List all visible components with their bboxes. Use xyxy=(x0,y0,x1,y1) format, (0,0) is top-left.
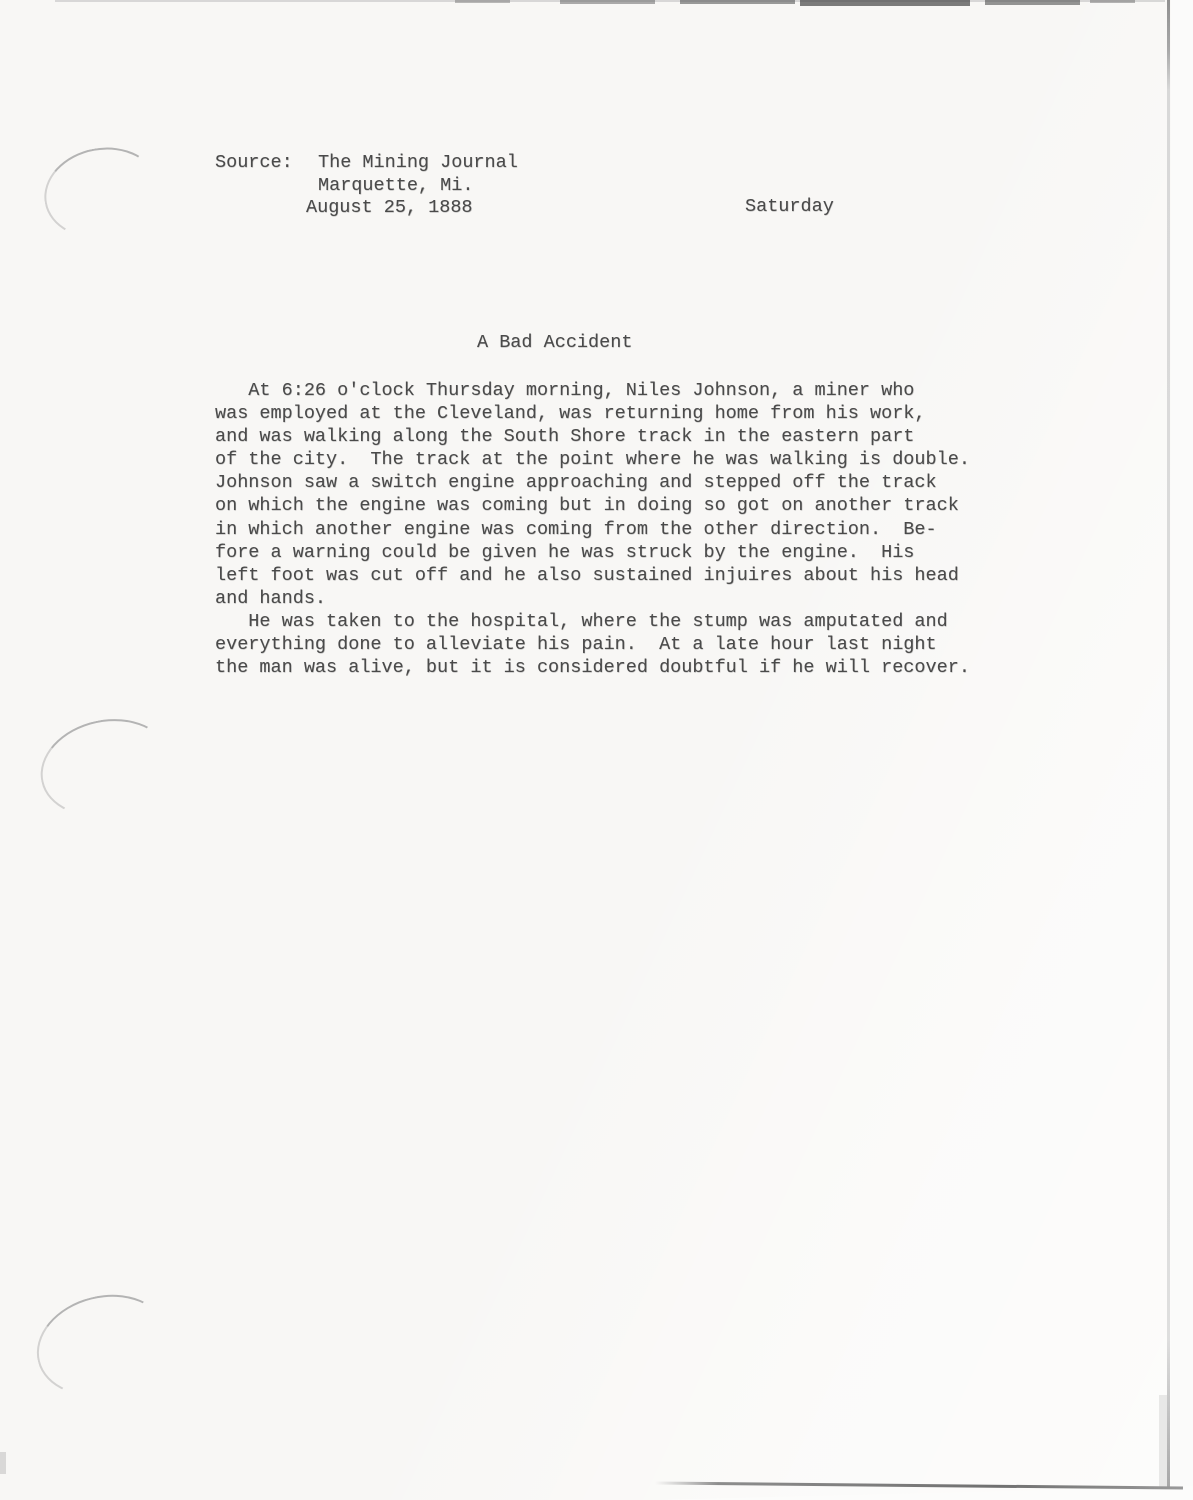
page-right-edge xyxy=(1167,0,1170,1500)
punch-hole-shadow xyxy=(31,707,180,828)
top-edge-artifact xyxy=(800,0,970,6)
punch-hole-shadow xyxy=(26,1281,180,1409)
top-edge-artifact xyxy=(680,0,795,4)
scanned-document-page: Source: The Mining Journal Marquette, Mi… xyxy=(0,0,1193,1500)
page-right-edge-shadow xyxy=(1159,1395,1167,1500)
weekday-label: Saturday xyxy=(745,195,834,218)
scan-background-strip xyxy=(1171,0,1193,1500)
top-edge-artifact xyxy=(985,0,1080,5)
source-publication: The Mining Journal xyxy=(318,151,518,174)
article-title: A Bad Accident xyxy=(477,331,632,354)
source-date: August 25, 1888 xyxy=(306,196,473,219)
top-edge-artifact xyxy=(455,0,510,3)
punch-hole-shadow xyxy=(37,139,167,248)
scan-edge-mark xyxy=(0,1452,6,1474)
article-body: At 6:26 o'clock Thursday morning, Niles … xyxy=(215,379,970,679)
source-location: Marquette, Mi. xyxy=(318,174,473,197)
scan-lighting-gradient xyxy=(0,0,1193,1500)
top-edge-artifact xyxy=(1090,0,1135,3)
top-edge-artifact xyxy=(560,0,655,4)
source-label: Source: xyxy=(215,151,293,174)
page-bottom-edge xyxy=(655,1481,1183,1489)
